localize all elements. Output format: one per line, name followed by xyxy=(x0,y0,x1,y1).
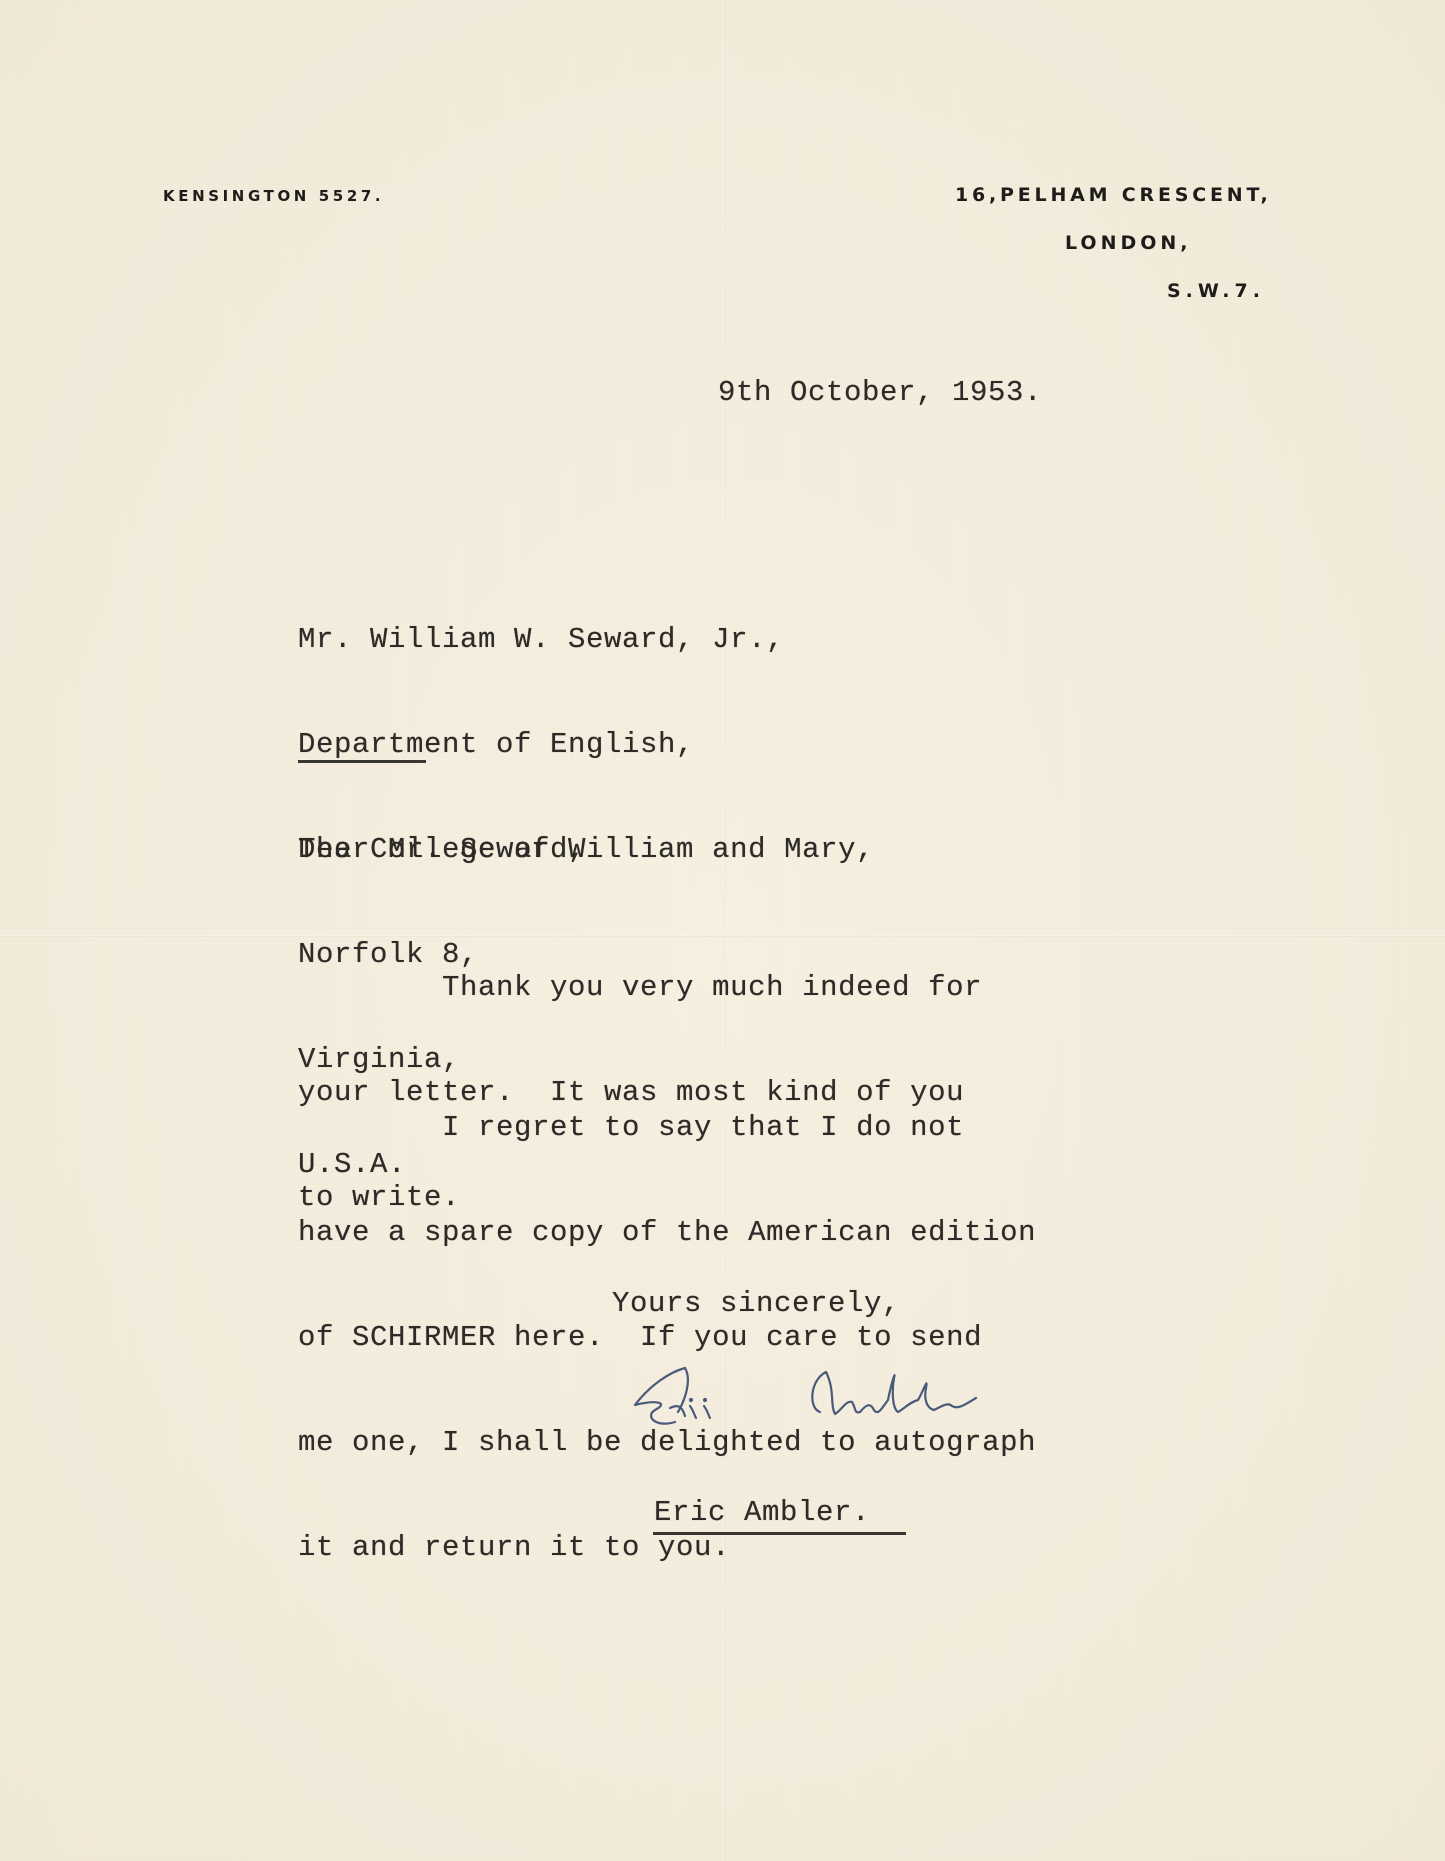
typed-signatory-name: Eric Ambler. xyxy=(654,1495,870,1530)
recipient-name: Mr. William W. Seward, Jr., xyxy=(298,622,874,657)
country-underline xyxy=(298,760,426,763)
paragraph-line: it and return it to you. xyxy=(298,1530,1036,1565)
paragraph-line: I regret to say that I do not xyxy=(298,1110,1036,1145)
letterhead-address-district: S.W.7. xyxy=(1167,280,1265,302)
salutation: Dear Mr. Seward, xyxy=(298,832,586,867)
paragraph-line: have a spare copy of the American editio… xyxy=(298,1215,1036,1250)
signatory-underline xyxy=(653,1532,906,1535)
recipient-department: Department of English, xyxy=(298,727,874,762)
letterhead-address-street: 16,PELHAM CRESCENT, xyxy=(955,184,1272,206)
closing: Yours sincerely, xyxy=(612,1286,900,1321)
letter-date: 9th October, 1953. xyxy=(718,375,1042,410)
letterhead-address-city: LONDON, xyxy=(1065,232,1192,254)
letterhead-telephone: KENSINGTON 5527. xyxy=(163,187,384,205)
paragraph-line: Thank you very much indeed for xyxy=(298,970,982,1005)
handwritten-signature xyxy=(630,1350,1050,1460)
